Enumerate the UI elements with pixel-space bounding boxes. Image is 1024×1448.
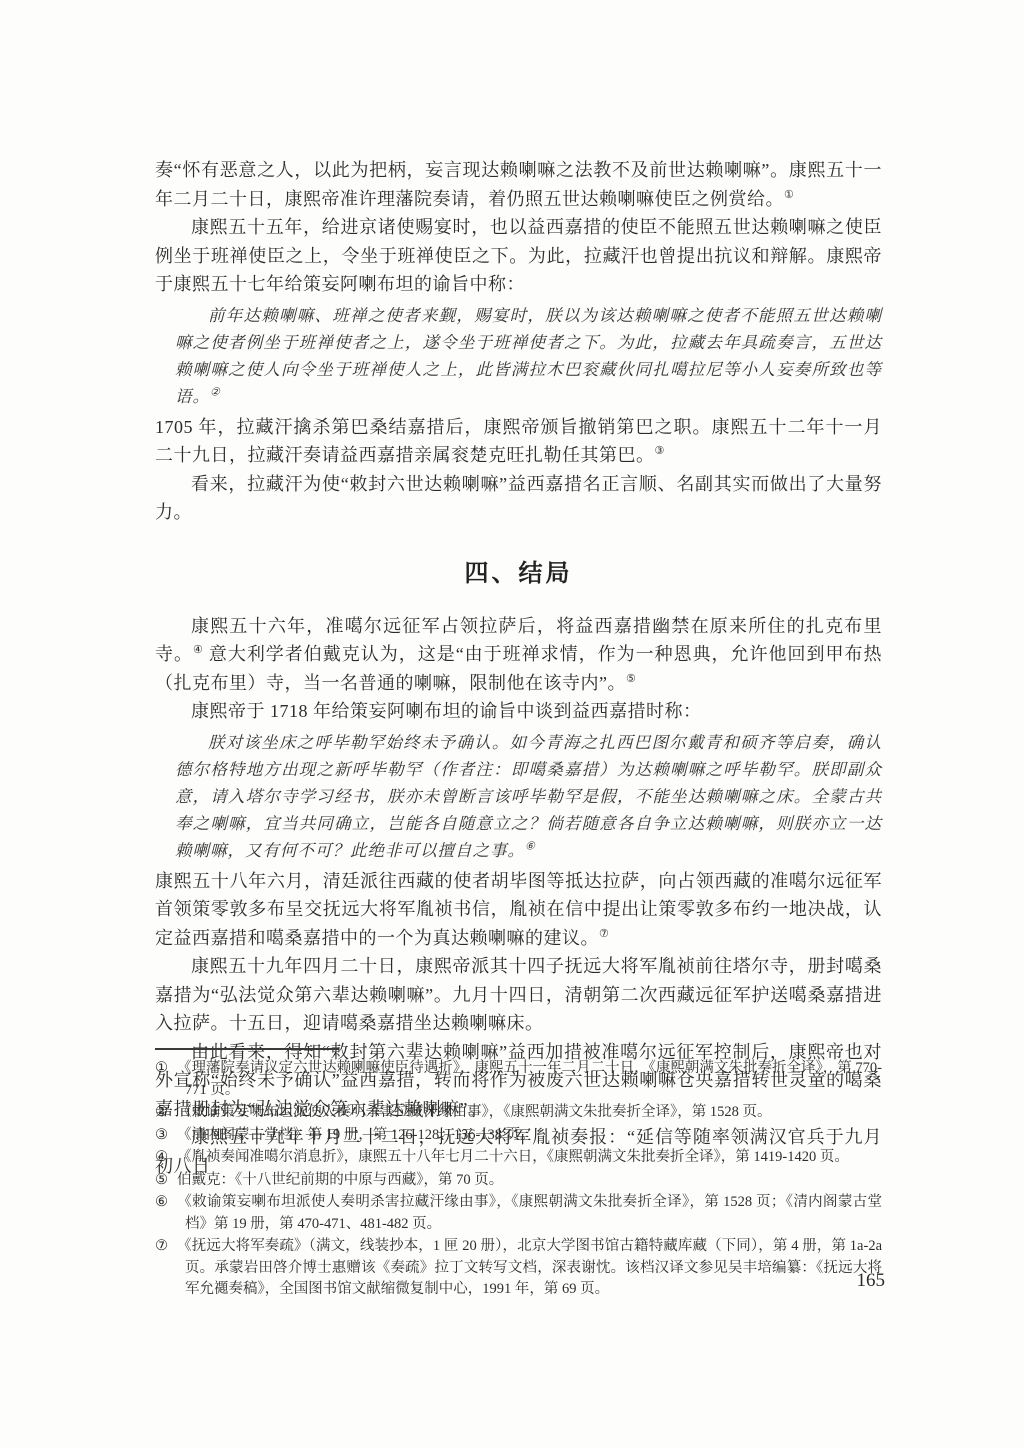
footnote-marker: ② bbox=[155, 1104, 168, 1120]
quote-paragraph: 前年达赖喇嘛、班禅之使者来觐，赐宴时，朕以为该达赖喇嘛之使者不能照五世达赖喇嘛之… bbox=[175, 302, 882, 410]
page-number: 165 bbox=[857, 1270, 886, 1292]
footnote: ⑤伯戴克：《十八世纪前期的中原与西藏》，第 70 页。 bbox=[155, 1170, 882, 1192]
footnote-reference: ⑦ bbox=[599, 928, 609, 940]
body-paragraph: 康熙五十八年六月，清廷派往西藏的使者胡毕图等抵达拉萨，向占领西藏的准噶尔远征军首… bbox=[155, 867, 882, 953]
footnote-marker: ⑥ bbox=[155, 1194, 168, 1210]
footnote-text: 伯戴克：《十八世纪前期的中原与西藏》，第 70 页。 bbox=[177, 1172, 503, 1188]
footnote-reference: ③ bbox=[655, 445, 665, 457]
footnote-text: 《抚远大将军奏疏》（满文，线装抄本，1 匣 20 册），北京大学图书馆古籍特藏库… bbox=[177, 1238, 882, 1297]
footnote-text: 《敕谕策妄喇布坦派使人奏明杀害拉藏汗缘由事》，《康熙朝满文朱批奏折全译》，第 1… bbox=[177, 1104, 772, 1120]
footnote: ⑥《敕谕策妄喇布坦派使人奏明杀害拉藏汗缘由事》，《康熙朝满文朱批奏折全译》，第 … bbox=[155, 1192, 882, 1235]
body-paragraph: 康熙五十五年，给进京诸使赐宴时，也以益西嘉措的使臣不能照五世达赖喇嘛之使臣例坐于… bbox=[155, 213, 882, 299]
body-paragraph: 看来，拉藏汗为使“敕封六世达赖喇嘛”益西嘉措名正言顺、名副其实而做出了大量努力。 bbox=[155, 470, 882, 527]
footnote-marker: ⑦ bbox=[155, 1238, 168, 1254]
footnote-text: 《清内阁蒙古堂档》第 19 册，第 126-128、136-138 页。 bbox=[177, 1127, 535, 1143]
body-paragraph: 康熙帝于 1718 年给策妄阿喇布坦的谕旨中谈到益西嘉措时称： bbox=[155, 697, 882, 726]
body-paragraph: 1705 年，拉藏汗擒杀第巴桑结嘉措后，康熙帝颁旨撤销第巴之职。康熙五十二年十一… bbox=[155, 413, 882, 470]
footnote-reference: ② bbox=[210, 386, 220, 398]
footnote-marker: ⑤ bbox=[155, 1172, 168, 1188]
footnote-reference: ⑤ bbox=[626, 673, 636, 685]
footnote-marker: ③ bbox=[155, 1127, 168, 1143]
footnote-reference: ④ bbox=[193, 644, 203, 656]
footnote-marker: ① bbox=[155, 1060, 168, 1076]
body-paragraph: 康熙五十九年四月二十日，康熙帝派其十四子抚远大将军胤祯前往塔尔寺，册封噶桑嘉措为… bbox=[155, 952, 882, 1038]
footnote: ②《敕谕策妄喇布坦派使人奏明杀害拉藏汗缘由事》，《康熙朝满文朱批奏折全译》，第 … bbox=[155, 1102, 882, 1124]
footnote-text: 《理藩院奏请议定六世达赖喇嘛使臣待遇折》，康熙五十一年二月二十日，《康熙朝满文朱… bbox=[177, 1060, 882, 1098]
footnote-reference: ① bbox=[784, 189, 794, 201]
body-paragraph: 康熙五十六年，准噶尔远征军占领拉萨后，将益西嘉措幽禁在原来所住的扎克布里寺。④ … bbox=[155, 612, 882, 698]
section-heading: 四、结局 bbox=[155, 553, 882, 588]
footnote-reference: ⑥ bbox=[525, 840, 535, 852]
footnotes-section: ①《理藩院奏请议定六世达赖喇嘛使臣待遇折》，康熙五十一年二月二十日，《康熙朝满文… bbox=[155, 1058, 882, 1302]
footnote: ①《理藩院奏请议定六世达赖喇嘛使臣待遇折》，康熙五十一年二月二十日，《康熙朝满文… bbox=[155, 1058, 882, 1101]
footnote: ③《清内阁蒙古堂档》第 19 册，第 126-128、136-138 页。 bbox=[155, 1125, 882, 1147]
quote-paragraph: 朕对该坐床之呼毕勒罕始终未予确认。如今青海之扎西巴图尔戴青和硕齐等启奏，确认德尔… bbox=[175, 729, 882, 864]
footnote: ⑦《抚远大将军奏疏》（满文，线装抄本，1 匣 20 册），北京大学图书馆古籍特藏… bbox=[155, 1236, 882, 1301]
footnote-separator bbox=[155, 1048, 339, 1050]
article-content: 奏“怀有恶意之人，以此为把柄，妄言现达赖喇嘛之法教不及前世达赖喇嘛”。康熙五十一… bbox=[155, 156, 882, 1180]
footnote: ④《胤祯奏闻准噶尔消息折》，康熙五十八年七月二十六日，《康熙朝满文朱批奏折全译》… bbox=[155, 1147, 882, 1169]
footnote-text: 《敕谕策妄喇布坦派使人奏明杀害拉藏汗缘由事》，《康熙朝满文朱批奏折全译》，第 1… bbox=[177, 1194, 882, 1232]
footnote-marker: ④ bbox=[155, 1149, 168, 1165]
body-paragraph: 奏“怀有恶意之人，以此为把柄，妄言现达赖喇嘛之法教不及前世达赖喇嘛”。康熙五十一… bbox=[155, 156, 882, 213]
footnote-text: 《胤祯奏闻准噶尔消息折》，康熙五十八年七月二十六日，《康熙朝满文朱批奏折全译》，… bbox=[177, 1149, 849, 1165]
document-page: 奏“怀有恶意之人，以此为把柄，妄言现达赖喇嘛之法教不及前世达赖喇嘛”。康熙五十一… bbox=[0, 0, 1024, 1448]
